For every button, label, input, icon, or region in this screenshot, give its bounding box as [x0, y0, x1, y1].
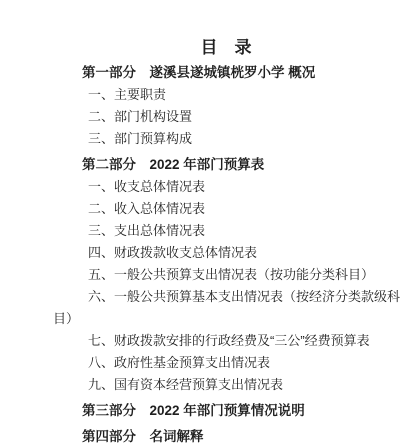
toc-item: 四、财政拨款收支总体情况表 — [53, 242, 399, 264]
toc-item: 一、主要职责 — [53, 84, 399, 106]
toc-list: 第一部分 遂溪县遂城镇桄罗小学 概况 一、主要职责 二、部门机构设置 三、部门预… — [53, 62, 399, 446]
toc-item: 一、收支总体情况表 — [53, 176, 399, 198]
toc-item: 八、政府性基金预算支出情况表 — [53, 352, 399, 374]
toc-item: 二、部门机构设置 — [53, 106, 399, 128]
toc-item: 三、部门预算构成 — [53, 128, 399, 150]
toc-item: 五、一般公共预算支出情况表（按功能分类科目） — [53, 264, 399, 286]
toc-item-continuation: 目） — [53, 308, 399, 330]
toc-part-heading-1: 第一部分 遂溪县遂城镇桄罗小学 概况 — [53, 62, 399, 84]
toc-item: 九、国有资本经营预算支出情况表 — [53, 374, 399, 396]
toc-title: 目 录 — [53, 38, 399, 58]
toc-item: 二、收入总体情况表 — [53, 198, 399, 220]
toc-item: 六、一般公共预算基本支出情况表（按经济分类款级科 — [53, 286, 399, 308]
toc-part-heading-3: 第三部分 2022 年部门预算情况说明 — [53, 400, 399, 422]
toc-part-heading-2: 第二部分 2022 年部门预算表 — [53, 154, 399, 176]
toc-item: 三、支出总体情况表 — [53, 220, 399, 242]
toc-part-heading-4: 第四部分 名词解释 — [53, 426, 399, 446]
toc-page: 目 录 第一部分 遂溪县遂城镇桄罗小学 概况 一、主要职责 二、部门机构设置 三… — [0, 0, 411, 446]
toc-item: 七、财政拨款安排的行政经费及“三公”经费预算表 — [53, 330, 399, 352]
